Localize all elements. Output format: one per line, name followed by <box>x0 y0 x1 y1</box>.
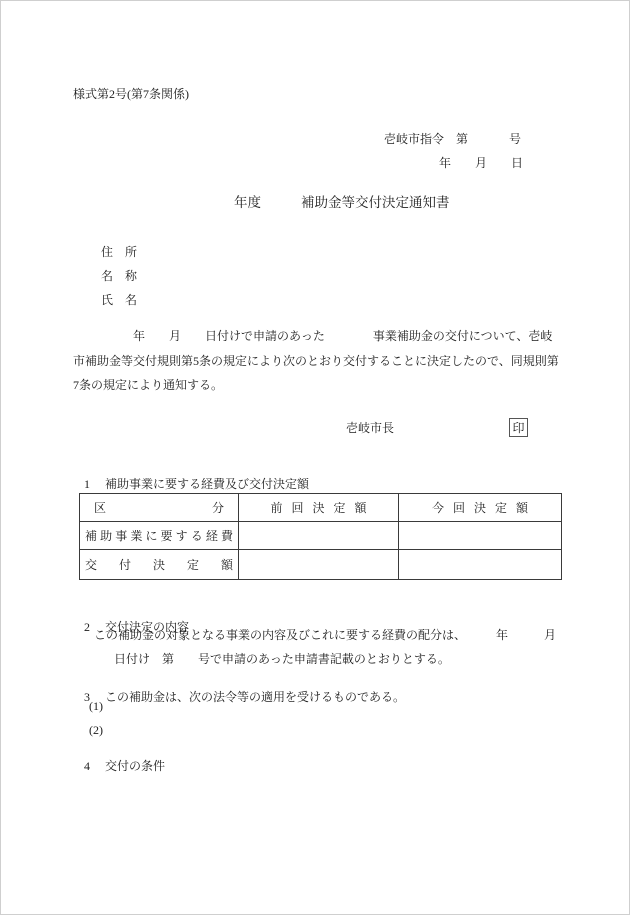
table-row-project-expenses: 補助事業に要する経費 <box>80 522 562 550</box>
grant-amount-current-cell <box>399 550 562 580</box>
recipient-name-label: 名 称 <box>101 269 137 284</box>
section-4-heading: 交付の条件 <box>105 759 165 774</box>
body-line-2: 市補助金等交付規則第5条の規定により次のとおり交付することに決定したので、同規則… <box>73 354 559 369</box>
project-expenses-current-cell <box>399 522 562 550</box>
directive-issuer: 壱岐市指令 第 <box>384 132 468 147</box>
document-page: 様式第2号(第7条関係) 壱岐市指令 第 号 年 月 日 年度 補助金等交付決定… <box>0 0 630 915</box>
section-2-line-2: 日付け 第 号で申請のあった申請書記載のとおりとする。 <box>114 652 450 667</box>
col-header-previous-amount: 前回決定額 <box>239 494 399 522</box>
section-2-number: 2 <box>84 620 90 635</box>
section-2-line-1: この補助金の対象となる事業の内容及びこれに要する経費の配分は、 年 月 <box>94 628 556 643</box>
row-label-grant-amount: 交付決定額 <box>80 550 239 580</box>
row-label-project-expenses: 補助事業に要する経費 <box>80 522 239 550</box>
directive-number-suffix: 号 <box>509 132 521 147</box>
signer-title: 壱岐市長 <box>346 421 394 436</box>
amount-table: 区分 前回決定額 今回決定額 補助事業に要する経費 交付決定額 <box>79 493 562 580</box>
grant-amount-previous-cell <box>239 550 399 580</box>
section-3-heading: この補助金は、次の法令等の適用を受けるものである。 <box>105 690 405 705</box>
col-header-current-amount: 今回決定額 <box>399 494 562 522</box>
col-header-category: 区分 <box>80 494 239 522</box>
recipient-address-label: 住 所 <box>101 245 137 260</box>
project-expenses-previous-cell <box>239 522 399 550</box>
seal-character: 印 <box>512 422 524 434</box>
section-1-heading: 補助事業に要する経費及び交付決定額 <box>105 477 309 492</box>
section-3-item-2: (2) <box>89 723 103 738</box>
section-3-heading-row: 3この補助金は、次の法令等の適用を受けるものである。 <box>72 675 405 720</box>
section-1-number: 1 <box>84 477 90 492</box>
body-line-1: 年 月 日付けで申請のあった 事業補助金の交付について、壱岐 <box>133 329 552 344</box>
form-number: 様式第2号(第7条関係) <box>73 87 189 102</box>
table-header-row: 区分 前回決定額 今回決定額 <box>80 494 562 522</box>
section-4-number: 4 <box>84 759 90 774</box>
recipient-person-label: 氏 名 <box>101 293 137 308</box>
page-title: 補助金等交付決定通知書 <box>301 195 450 212</box>
seal-stamp: 印 <box>509 418 528 437</box>
section-3-item-1: (1) <box>89 699 103 714</box>
title-fiscal-year: 年度 <box>234 195 261 212</box>
body-line-3: 7条の規定により通知する。 <box>73 378 223 393</box>
section-4-heading-row: 4交付の条件 <box>72 744 165 789</box>
table-row-grant-amount: 交付決定額 <box>80 550 562 580</box>
directive-date: 年 月 日 <box>439 156 523 171</box>
